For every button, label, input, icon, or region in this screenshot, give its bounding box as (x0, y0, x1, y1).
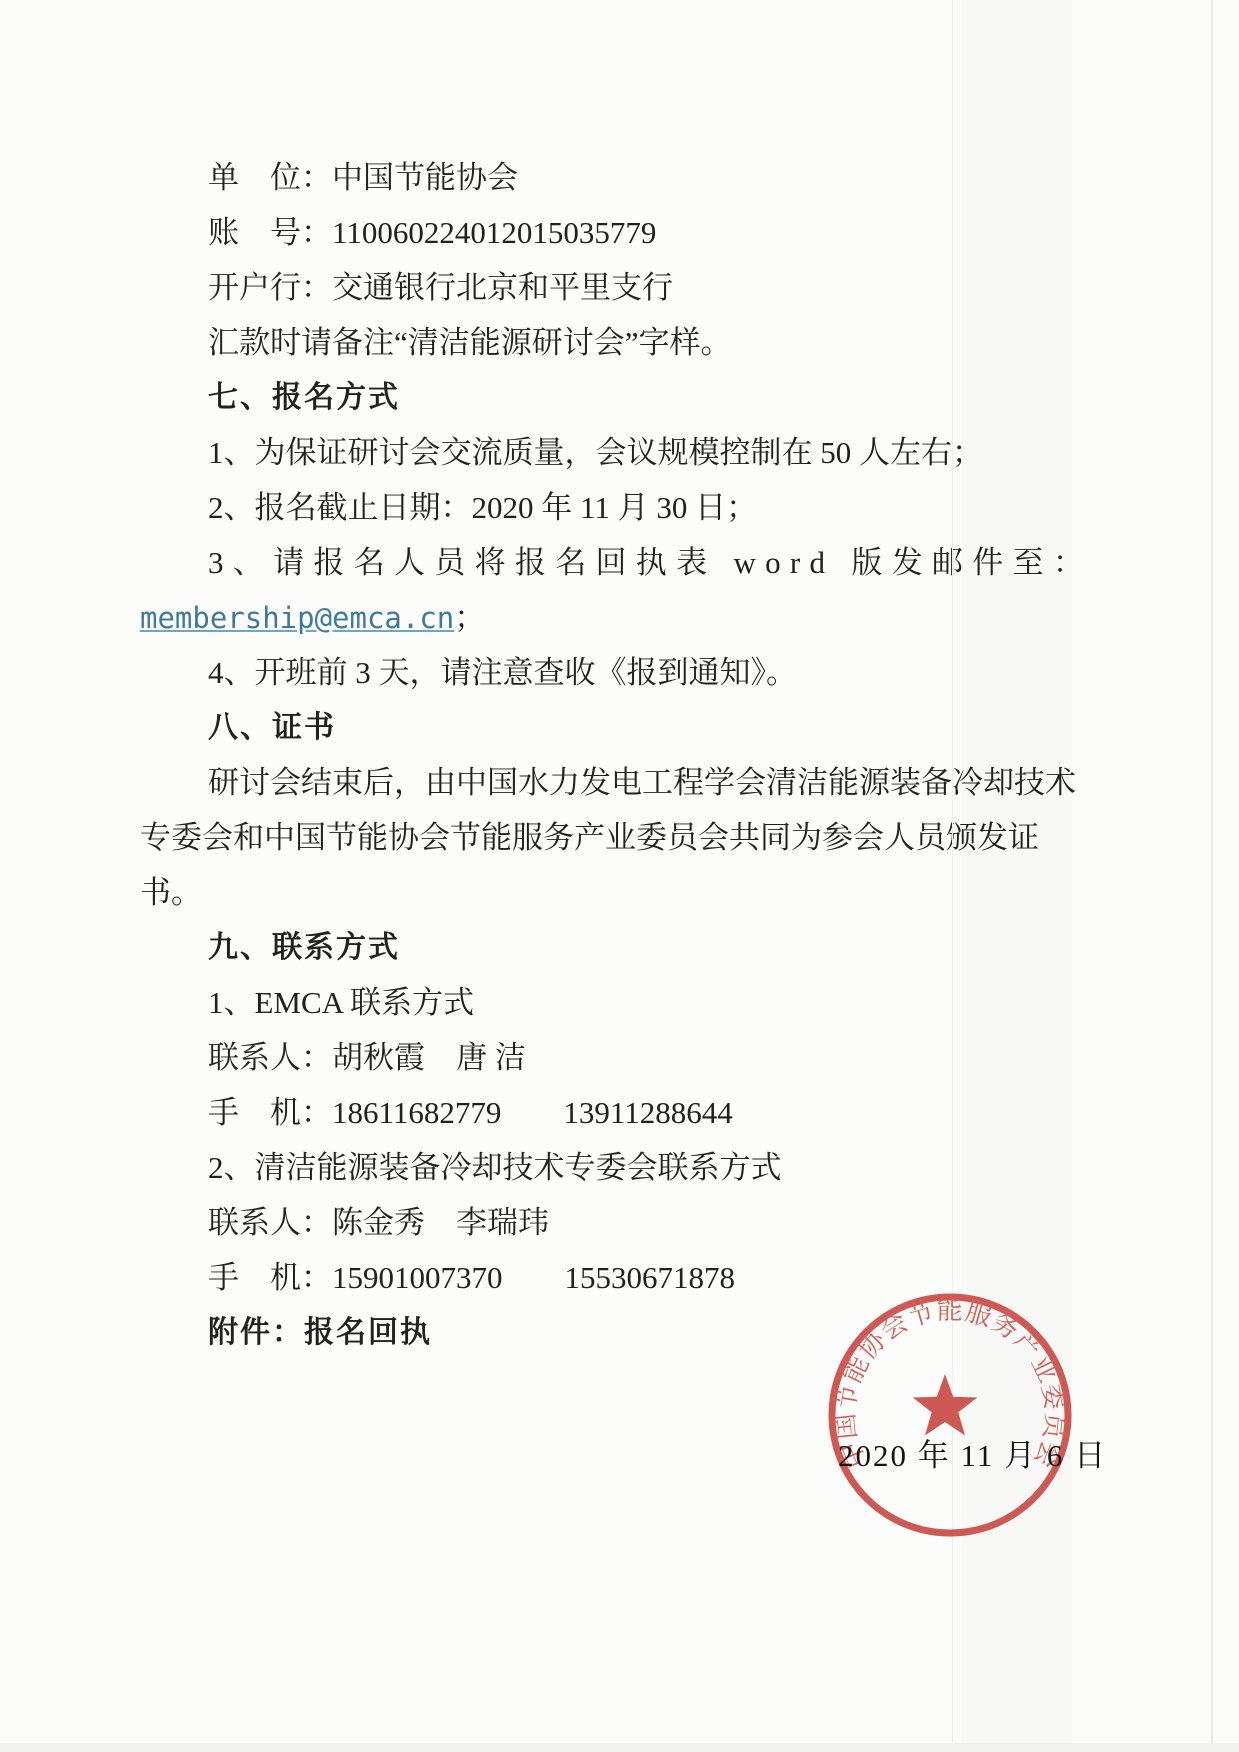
scan-artifact-bottom (0, 1743, 1239, 1752)
registration-item-2: 2、报名截止日期：2020 年 11 月 30 日； (140, 480, 1112, 535)
account-number-line: 账 号：110060224012015035779 (140, 205, 1112, 260)
section-heading-registration: 七、报名方式 (140, 370, 1112, 425)
contact-emca-phone: 手 机：18611682779 13911288644 (140, 1085, 1112, 1140)
contact-emca-heading: 1、EMCA 联系方式 (140, 975, 1112, 1030)
contact-committee-heading: 2、清洁能源装备冷却技术专委会联系方式 (140, 1140, 1112, 1195)
contact-emca-person: 联系人：胡秋霞 唐 洁 (140, 1030, 1112, 1085)
registration-item-3: 3、请报名人员将报名回执表 word 版发邮件至： (140, 535, 1112, 590)
registration-item-1: 1、为保证研讨会交流质量，会议规模控制在 50 人左右； (140, 425, 1112, 480)
remittance-note-line: 汇款时请备注“清洁能源研讨会”字样。 (140, 315, 1112, 370)
certificate-paragraph-line-2: 专委会和中国节能协会节能服务产业委员会共同为参会人员颁发证 (140, 810, 1112, 865)
scan-artifact-line-2 (1211, 0, 1213, 1752)
section-heading-contact: 九、联系方式 (140, 920, 1112, 975)
email-suffix: ； (454, 600, 485, 635)
certificate-paragraph-line-3: 书。 (140, 865, 1112, 920)
email-link[interactable]: membership@emca.cn (140, 601, 454, 635)
email-line: membership@emca.cn； (140, 590, 1112, 645)
document-body: 单 位：中国节能协会 账 号：110060224012015035779 开户行… (140, 150, 1112, 1360)
certificate-paragraph-line-1: 研讨会结束后，由中国水力发电工程学会清洁能源装备冷却技术 (140, 755, 1112, 810)
unit-line: 单 位：中国节能协会 (140, 150, 1112, 205)
star-icon (913, 1374, 978, 1436)
official-seal-stamp: 中国节能协会节能服务产业委员会 (824, 1288, 1076, 1544)
section-heading-certificate: 八、证书 (140, 700, 1112, 755)
contact-committee-person: 联系人：陈金秀 李瑞玮 (140, 1195, 1112, 1250)
document-page: 单 位：中国节能协会 账 号：110060224012015035779 开户行… (0, 0, 1239, 1752)
bank-branch-line: 开户行：交通银行北京和平里支行 (140, 260, 1112, 315)
date-line: 2020 年 11 月 6 日 (838, 1430, 1107, 1475)
registration-item-4: 4、开班前 3 天，请注意查收《报到通知》。 (140, 645, 1112, 700)
